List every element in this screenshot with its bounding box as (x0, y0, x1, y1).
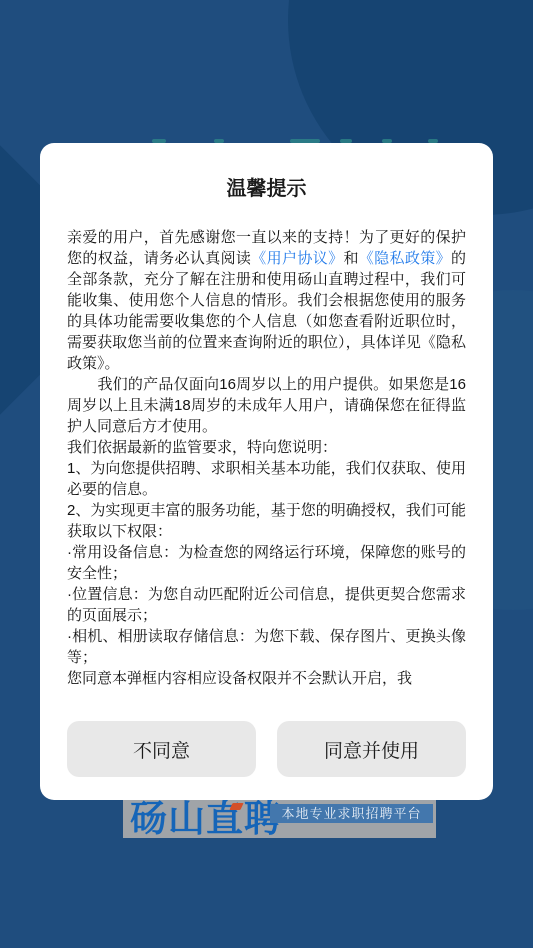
agree-button[interactable]: 同意并使用 (277, 721, 466, 777)
intro-paragraph: 亲爱的用户，首先感谢您一直以来的支持！为了更好的保护您的权益，请务必认真阅读《用… (67, 227, 466, 374)
app-tagline: 本地专业求职招聘平台 (270, 804, 433, 823)
body-paragraph: ·相机、相册读取存储信息：为您下载、保存图片、更换头像等； (67, 626, 466, 668)
body-paragraph: 我们的产品仅面向16周岁以上的用户提供。如果您是16周岁以上且未满18周岁的未成… (67, 374, 466, 437)
intro-text: 的全部条款，充分了解在注册和使用砀山直聘过程中，我们可能收集、使用您个人信息的情… (67, 250, 466, 372)
body-paragraph: 2、为实现更丰富的服务功能，基于您的明确授权，我们可能获取以下权限： (67, 500, 466, 542)
body-paragraph: 我们依据最新的监管要求，特向您说明： (67, 437, 466, 458)
body-paragraph: 1、为向您提供招聘、求职相关基本功能，我们仅获取、使用必要的信息。 (67, 458, 466, 500)
body-paragraph: ·位置信息：为您自动匹配附近公司信息，提供更契合您需求的页面展示； (67, 584, 466, 626)
user-agreement-link[interactable]: 《用户协议》 (251, 250, 343, 267)
app-logo: 砀山直聘 (130, 800, 282, 838)
body-paragraph: ·常用设备信息：为检查您的网络运行环境，保障您的账号的安全性； (67, 542, 466, 584)
dialog-title: 温馨提示 (40, 172, 493, 201)
dialog-button-row: 不同意 同意并使用 (67, 721, 466, 777)
dialog-body-scroll-area[interactable]: 亲爱的用户，首先感谢您一直以来的支持！为了更好的保护您的权益，请务必认真阅读《用… (67, 227, 466, 687)
intro-text: 和 (343, 250, 358, 267)
splash-logo-band: 砀山直聘 本地专业求职招聘平台 (123, 800, 436, 838)
body-paragraph-clipped: 您同意本弹框内容相应设备权限并不会默认开启，我 (67, 668, 466, 687)
privacy-consent-dialog: 温馨提示 亲爱的用户，首先感谢您一直以来的支持！为了更好的保护您的权益，请务必认… (40, 143, 493, 800)
app-screen: 砀山直聘 本地专业求职招聘平台 温馨提示 亲爱的用户，首先感谢您一直以来的支持！… (0, 0, 533, 948)
privacy-policy-link[interactable]: 《隐私政策》 (359, 250, 451, 267)
disagree-button[interactable]: 不同意 (67, 721, 256, 777)
